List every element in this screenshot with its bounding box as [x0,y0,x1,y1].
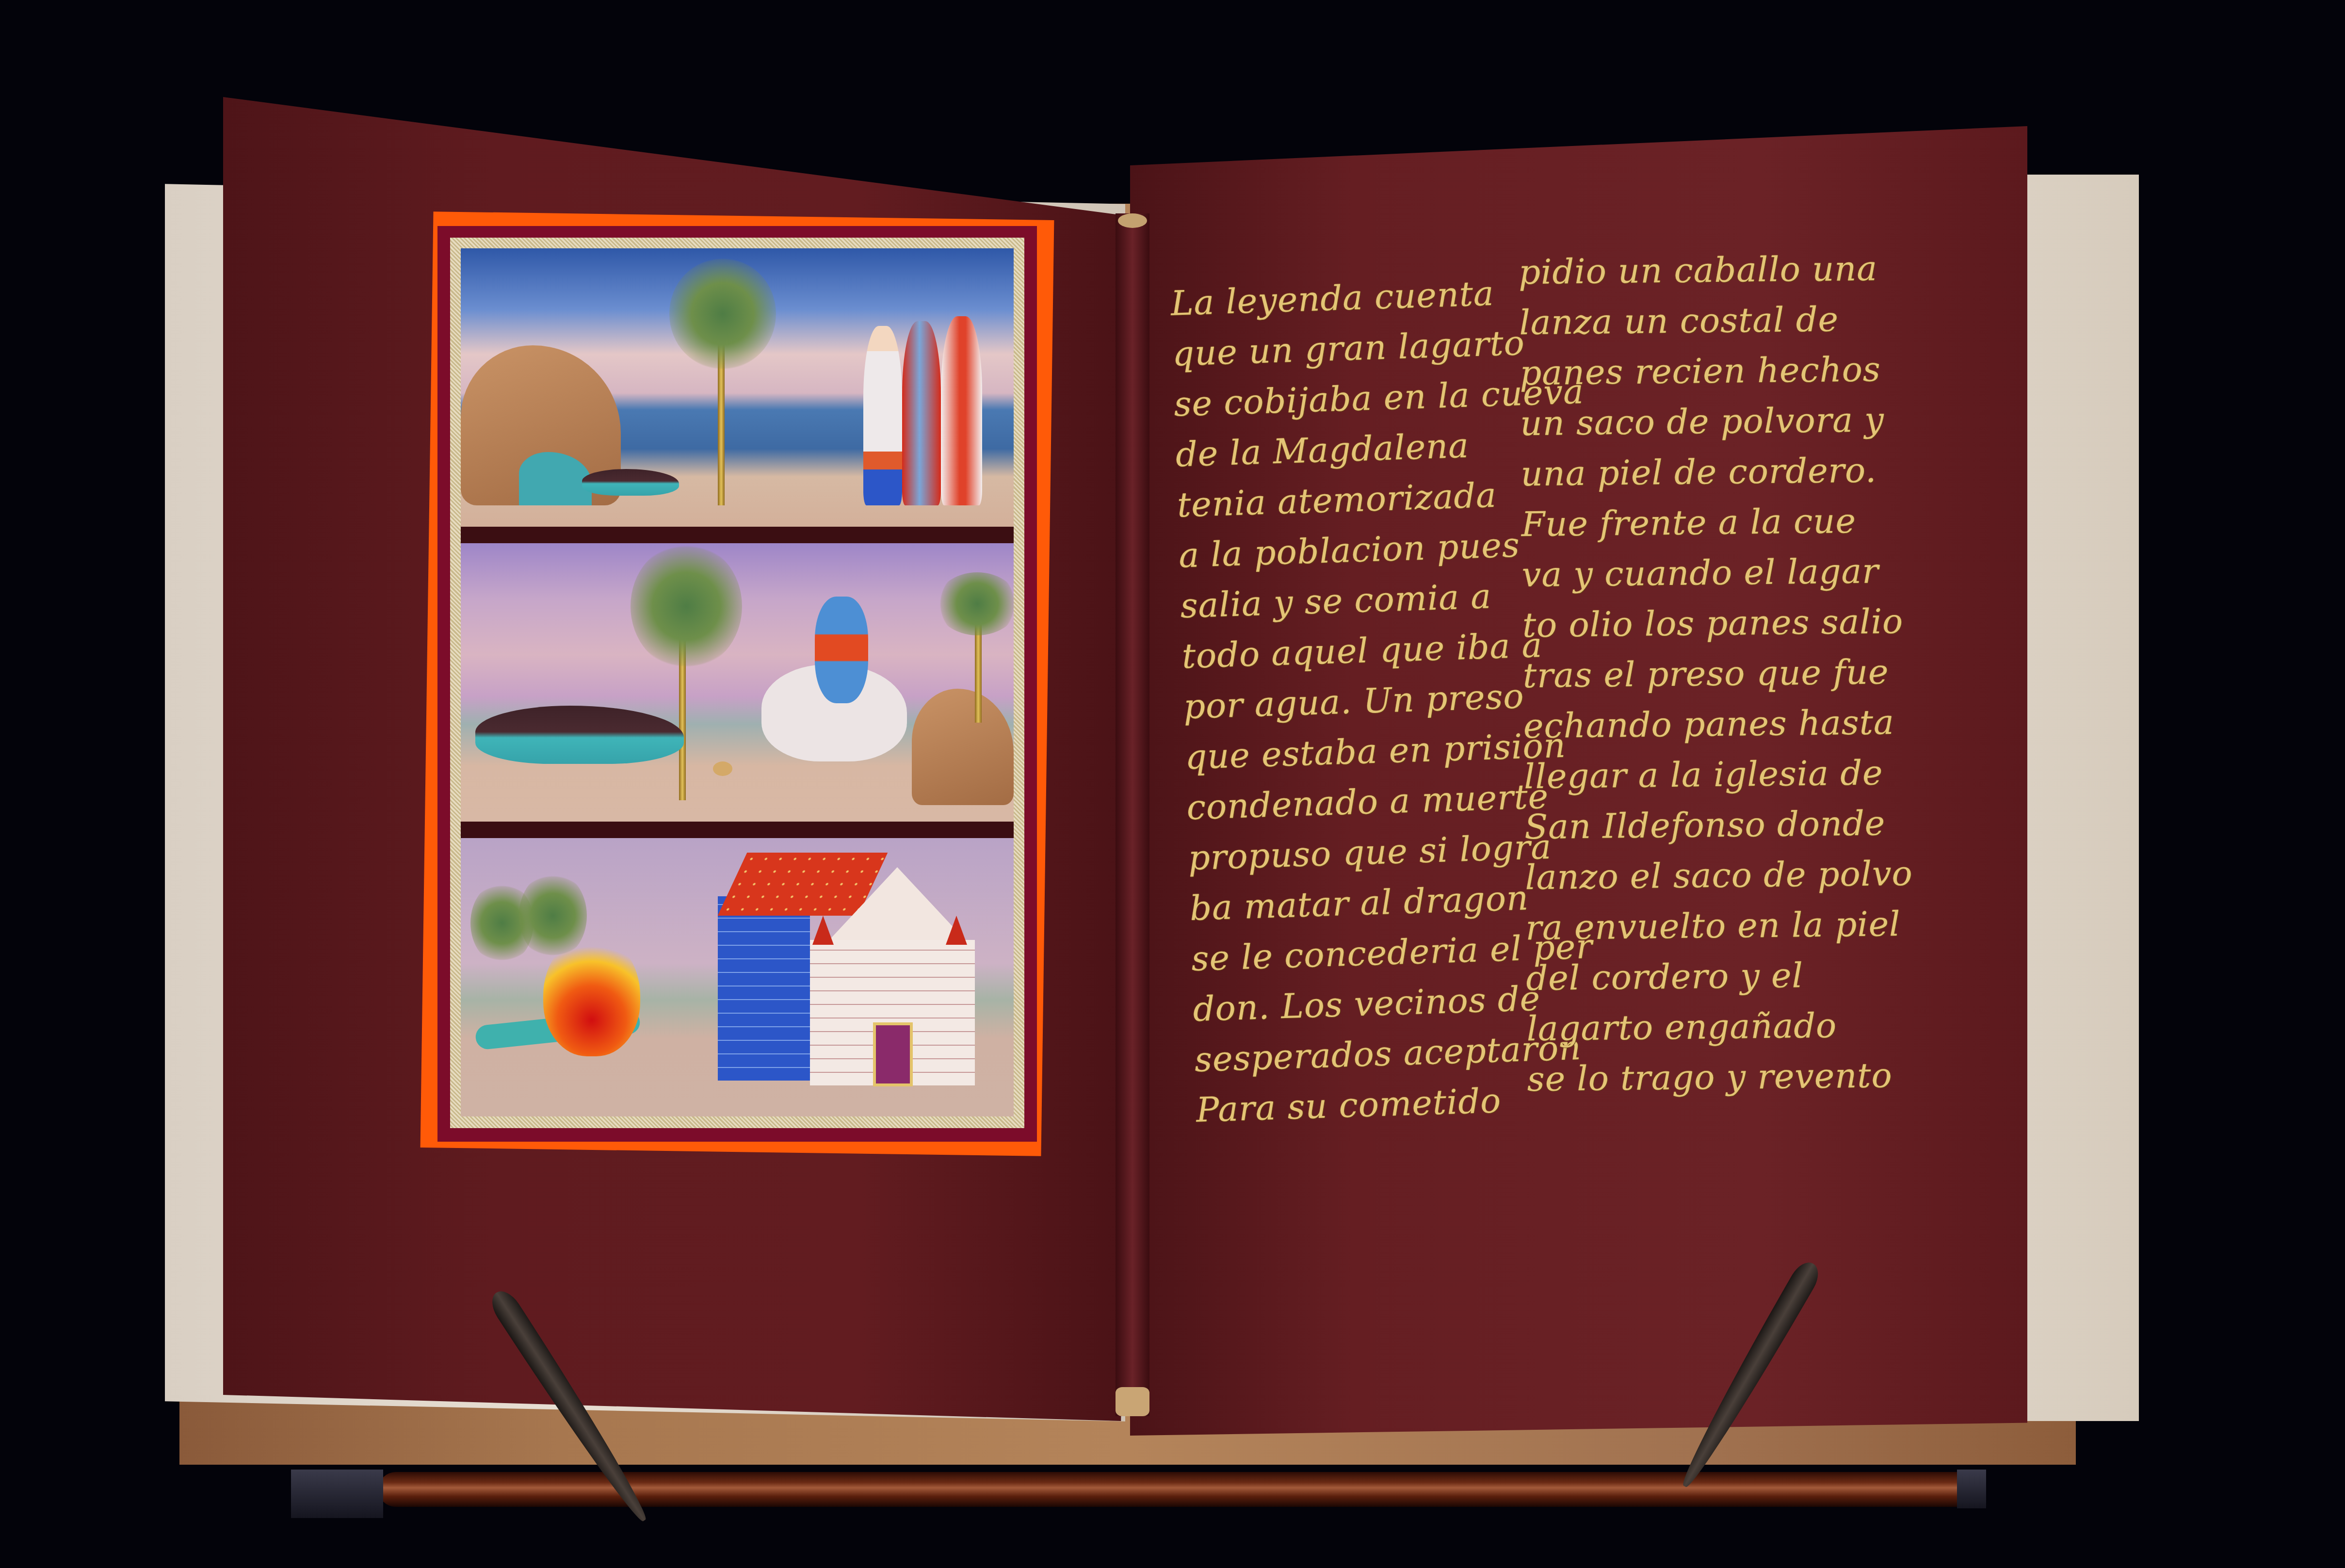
text-line: va y cuando el lagar [1521,546,1909,600]
prisoner-rider [815,597,868,703]
headband [1118,213,1147,228]
illumination: Dragon emerging from a cave by the sea; … [461,248,1014,1116]
figure-woman-red-cloak [902,321,941,505]
church-turret-left [812,916,834,945]
bread-loaf [713,761,732,776]
text-line: panes recien hechos [1520,344,1908,398]
text-line: San Ildefonso donde [1524,798,1912,852]
text-line: to olio los panes salio [1522,596,1910,650]
tree-crown [669,258,776,370]
bottom-tie [1116,1387,1149,1416]
dragon-emerging [582,469,679,496]
text-line: lanza un costal de [1519,293,1907,348]
text-line: se lo trago y revento [1527,1050,1915,1104]
text-line: ra envuelto en la piel [1525,899,1913,953]
book-gutter [1116,213,1149,1416]
text-line: Fue frente a la cue [1521,495,1909,550]
tree-crown [631,543,742,669]
church-turret-right [946,916,967,945]
text-line: llegar a la iglesia de [1524,747,1912,802]
fire-burst [543,935,640,1056]
text-line: tras el preso que fue [1522,647,1910,701]
stand-rod-cap-left [291,1470,383,1518]
illumination-panel-2: Dragon gnawing a bread loaf under a tree… [461,543,1014,822]
text-line: una piel de cordero. [1520,445,1908,499]
figure-woman-white-veil [941,316,982,505]
stand-rod-cap-right [1957,1470,1986,1508]
church-blue-wall [718,896,810,1081]
figure-man-with-jug [863,326,902,505]
church-door [873,1022,913,1086]
text-line: lanzo el saco de polvo [1525,848,1913,903]
church-gable [829,867,965,940]
illumination-panel-1: Dragon emerging from a cave by the sea; … [461,248,1014,527]
illumination-panel-3: Dragon bursting in flames before a churc… [461,838,1014,1116]
dragon-eating-bread [475,706,684,764]
text-line: del cordero y el [1526,949,1914,1003]
text-line: lagarto engañado [1526,1000,1914,1054]
rock-outcrop [912,689,1014,805]
text-line: pidio un caballo una [1519,243,1907,297]
text-line: un saco de polvora y [1520,394,1908,449]
text-line: echando panes hasta [1523,697,1911,751]
text-column-right: pidio un caballo una lanza un costal de … [1519,243,1915,1104]
palm-crown [936,572,1014,635]
